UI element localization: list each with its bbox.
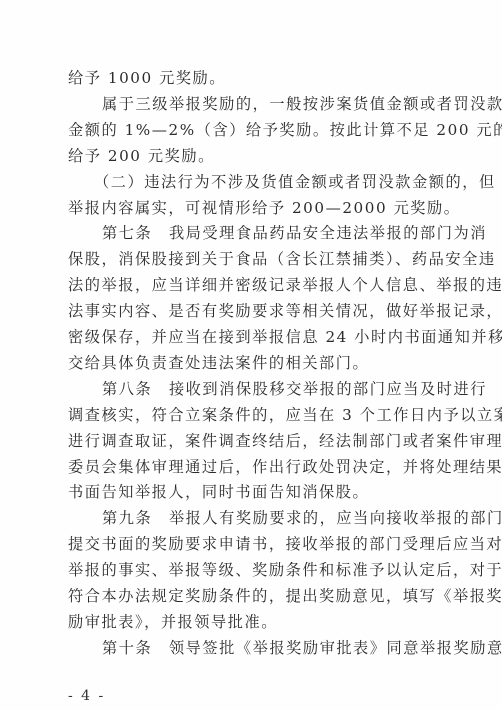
article-9-heading-line: 第九条 举报人有奖励要求的，应当向接收举报的部门 bbox=[102, 508, 440, 528]
text-line: 委员会集体审理通过后，作出行政处罚决定，并将处理结果 bbox=[68, 457, 440, 477]
text-line: 密级保存，并应当在接到举报信息 24 小时内书面通知并移 bbox=[68, 327, 440, 347]
text-line: 交给具体负责查处违法案件的相关部门。 bbox=[68, 353, 440, 373]
text-line: 举报内容属实，可视情形给予 200—2000 元奖励。 bbox=[68, 198, 440, 218]
article-7-heading-line: 第七条 我局受理食品药品安全违法举报的部门为消 bbox=[102, 223, 440, 243]
text-line: 法事实内容、是否有奖励要求等相关情况，做好举报记录， bbox=[68, 301, 440, 321]
text-line: 法的举报，应当详细并密级记录举报人个人信息、举报的违 bbox=[68, 275, 440, 295]
text-line: 金额的 1%—2%（含）给予奖励。按此计算不足 200 元的， bbox=[68, 120, 440, 140]
text-line: 进行调查取证，案件调查终结后，经法制部门或者案件审理 bbox=[68, 431, 440, 451]
text-line: 属于三级举报奖励的，一般按涉案货值金额或者罚没款 bbox=[102, 94, 440, 114]
text-line: 提交书面的奖励要求申请书，接收举报的部门受理后应当对 bbox=[68, 534, 440, 554]
text-line: 励审批表》，并报领导批准。 bbox=[68, 612, 440, 632]
document-page: 给予 1000 元奖励。 属于三级举报奖励的，一般按涉案货值金额或者罚没款 金额… bbox=[0, 0, 502, 710]
text-line: 符合本办法规定奖励条件的，提出奖励意见，填写《举报奖 bbox=[68, 586, 440, 606]
text-line: 书面告知举报人，同时书面告知消保股。 bbox=[68, 482, 440, 502]
page-number: - 4 - bbox=[68, 688, 105, 704]
article-8-heading-line: 第八条 接收到消保股移交举报的部门应当及时进行 bbox=[102, 379, 440, 399]
text-line: （二）违法行为不涉及货值金额或者罚没款金额的，但 bbox=[94, 172, 440, 192]
article-10-heading-line: 第十条 领导签批《举报奖励审批表》同意举报奖励意 bbox=[102, 638, 440, 658]
text-line: 给予 1000 元奖励。 bbox=[68, 68, 440, 88]
text-line: 保股，消保股接到关于食品（含长江禁捕类）、药品安全违 bbox=[68, 249, 440, 269]
text-line: 调查核实，符合立案条件的，应当在 3 个工作日内予以立案， bbox=[68, 405, 440, 425]
text-line: 给予 200 元奖励。 bbox=[68, 146, 440, 166]
text-line: 举报的事实、举报等级、奖励条件和标准予以认定后，对于 bbox=[68, 560, 440, 580]
